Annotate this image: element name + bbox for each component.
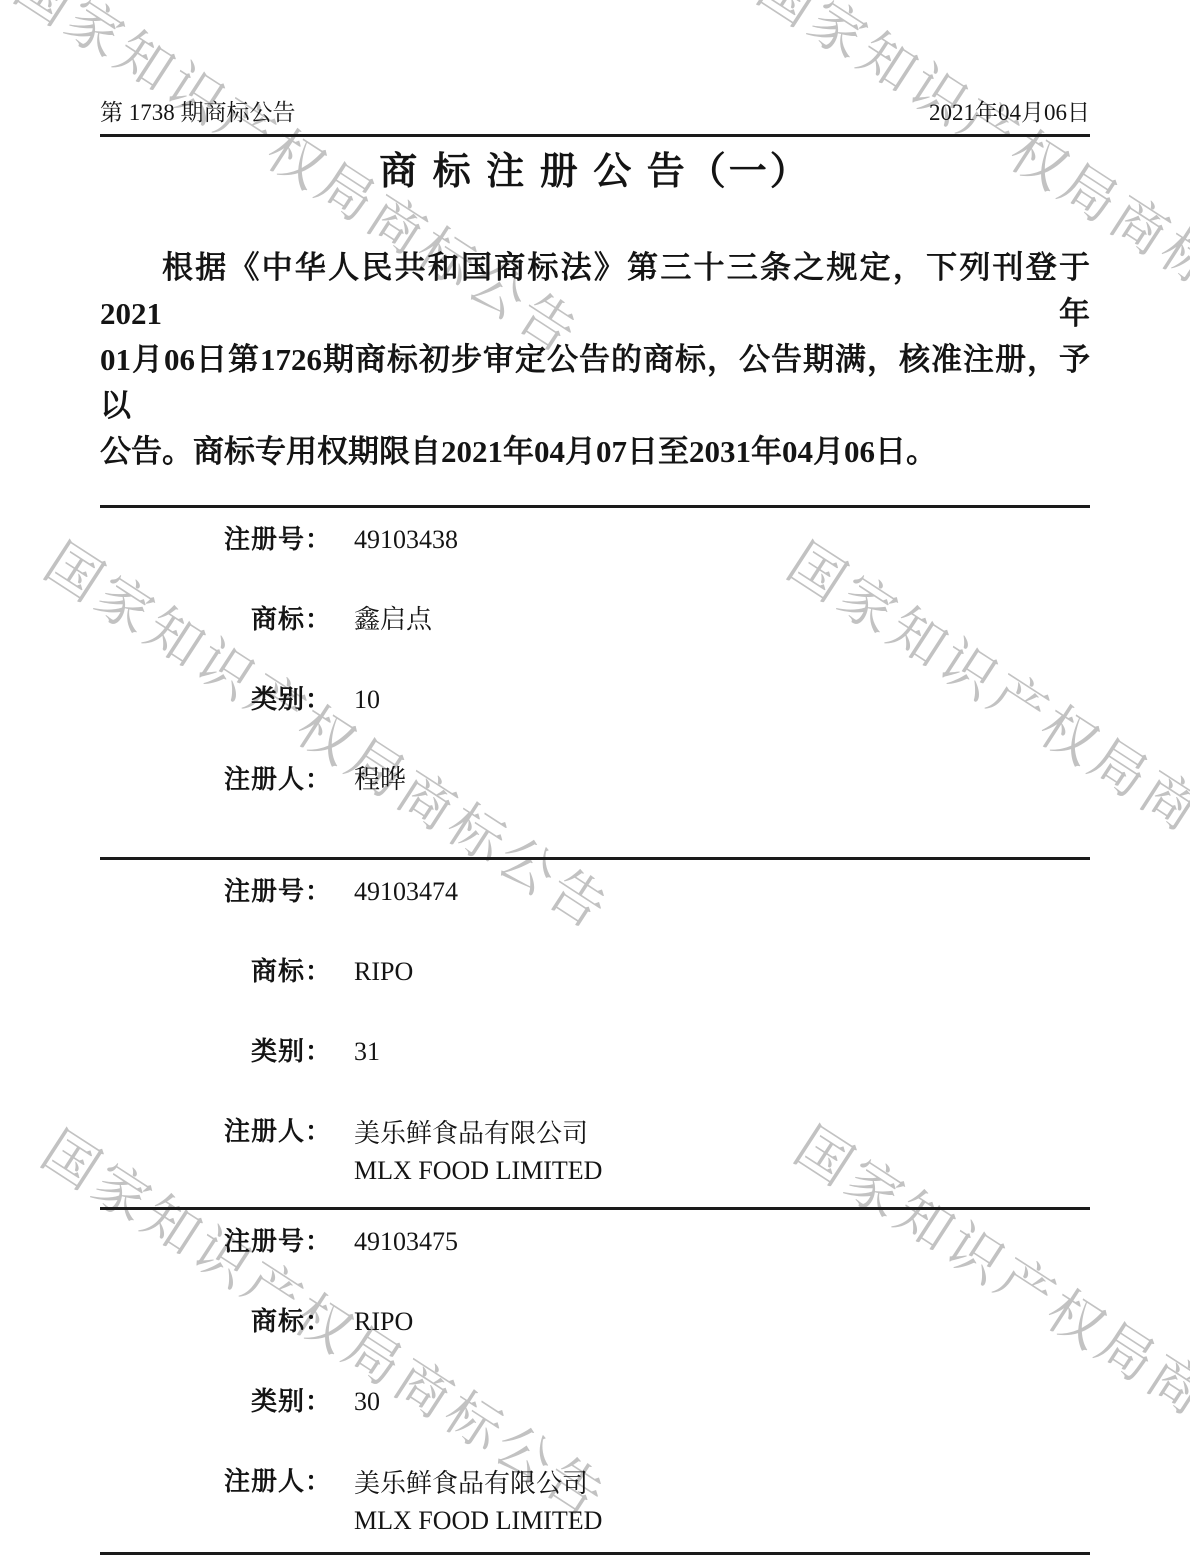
registrant-label: 注册人： bbox=[100, 1465, 332, 1539]
reg-no-value: 49103474 bbox=[354, 875, 458, 909]
page-title: 商 标 注 册 公 告（一） bbox=[100, 147, 1090, 197]
registrant-row: 注册人： 美乐鲜食品有限公司 MLX FOOD LIMITED bbox=[100, 1465, 1090, 1539]
registrant-name-cn: 美乐鲜食品有限公司 bbox=[354, 1465, 602, 1502]
intro-line: 01月06日第1726期商标初步审定公告的商标，公告期满，核准注册，予以 bbox=[100, 337, 1090, 429]
registrant-label: 注册人： bbox=[100, 763, 332, 797]
trademark-record: 注册号： 49103438 商标： 鑫启点 类别： 10 注册人： 程晔 bbox=[100, 505, 1090, 857]
registrant-name-cn: 美乐鲜食品有限公司 bbox=[354, 1115, 602, 1152]
gazette-page: 国家知识产权局商标公告 国家知识产权局商标公告 国家知识产权局商标公告 国家知识… bbox=[0, 0, 1190, 1564]
reg-no-row: 注册号： 49103475 bbox=[100, 1225, 1090, 1259]
category-label: 类别： bbox=[100, 1385, 332, 1419]
trademark-row: 商标： RIPO bbox=[100, 955, 1090, 989]
category-row: 类别： 30 bbox=[100, 1385, 1090, 1419]
content-column: 第 1738 期商标公告 2021年04月06日 商 标 注 册 公 告（一） … bbox=[100, 0, 1090, 1555]
trademark-record: 注册号： 49103474 商标： RIPO 类别： 31 注册人： 美乐鲜食品… bbox=[100, 857, 1090, 1207]
reg-no-label: 注册号： bbox=[100, 875, 332, 909]
reg-no-value: 49103438 bbox=[354, 523, 458, 557]
registrant-value: 程晔 bbox=[354, 763, 406, 797]
gazette-date: 2021年04月06日 bbox=[929, 98, 1090, 128]
header-rule bbox=[100, 134, 1090, 137]
intro-line: 公告。商标专用权期限自2021年04月07日至2031年04月06日。 bbox=[100, 429, 1090, 475]
reg-no-value: 49103475 bbox=[354, 1225, 458, 1259]
trademark-value: 鑫启点 bbox=[354, 603, 432, 637]
category-row: 类别： 31 bbox=[100, 1035, 1090, 1069]
trademark-row: 商标： RIPO bbox=[100, 1305, 1090, 1339]
gazette-issue-number: 第 1738 期商标公告 bbox=[100, 98, 296, 128]
bottom-rule bbox=[100, 1552, 1090, 1555]
category-label: 类别： bbox=[100, 683, 332, 717]
category-value: 31 bbox=[354, 1035, 380, 1069]
record-list: 注册号： 49103438 商标： 鑫启点 类别： 10 注册人： 程晔 bbox=[100, 505, 1090, 1555]
page-header: 第 1738 期商标公告 2021年04月06日 bbox=[100, 98, 1090, 128]
registrant-value: 美乐鲜食品有限公司 MLX FOOD LIMITED bbox=[354, 1465, 602, 1539]
registrant-label: 注册人： bbox=[100, 1115, 332, 1189]
reg-no-label: 注册号： bbox=[100, 1225, 332, 1259]
category-value: 10 bbox=[354, 683, 380, 717]
trademark-value: RIPO bbox=[354, 955, 413, 989]
reg-no-row: 注册号： 49103438 bbox=[100, 523, 1090, 557]
reg-no-label: 注册号： bbox=[100, 523, 332, 557]
trademark-label: 商标： bbox=[100, 1305, 332, 1339]
trademark-label: 商标： bbox=[100, 955, 332, 989]
category-label: 类别： bbox=[100, 1035, 332, 1069]
registrant-row: 注册人： 程晔 bbox=[100, 763, 1090, 797]
category-value: 30 bbox=[354, 1385, 380, 1419]
intro-paragraph: 根据《中华人民共和国商标法》第三十三条之规定，下列刊登于2021年 01月06日… bbox=[100, 245, 1090, 475]
registrant-value: 美乐鲜食品有限公司 MLX FOOD LIMITED bbox=[354, 1115, 602, 1189]
registrant-name-en: MLX FOOD LIMITED bbox=[354, 1152, 602, 1189]
trademark-row: 商标： 鑫启点 bbox=[100, 603, 1090, 637]
category-row: 类别： 10 bbox=[100, 683, 1090, 717]
registrant-name-en: MLX FOOD LIMITED bbox=[354, 1502, 602, 1539]
trademark-value: RIPO bbox=[354, 1305, 413, 1339]
trademark-record: 注册号： 49103475 商标： RIPO 类别： 30 注册人： 美乐鲜食品… bbox=[100, 1207, 1090, 1552]
intro-line: 根据《中华人民共和国商标法》第三十三条之规定，下列刊登于2021年 bbox=[100, 245, 1090, 337]
reg-no-row: 注册号： 49103474 bbox=[100, 875, 1090, 909]
trademark-label: 商标： bbox=[100, 603, 332, 637]
registrant-row: 注册人： 美乐鲜食品有限公司 MLX FOOD LIMITED bbox=[100, 1115, 1090, 1189]
